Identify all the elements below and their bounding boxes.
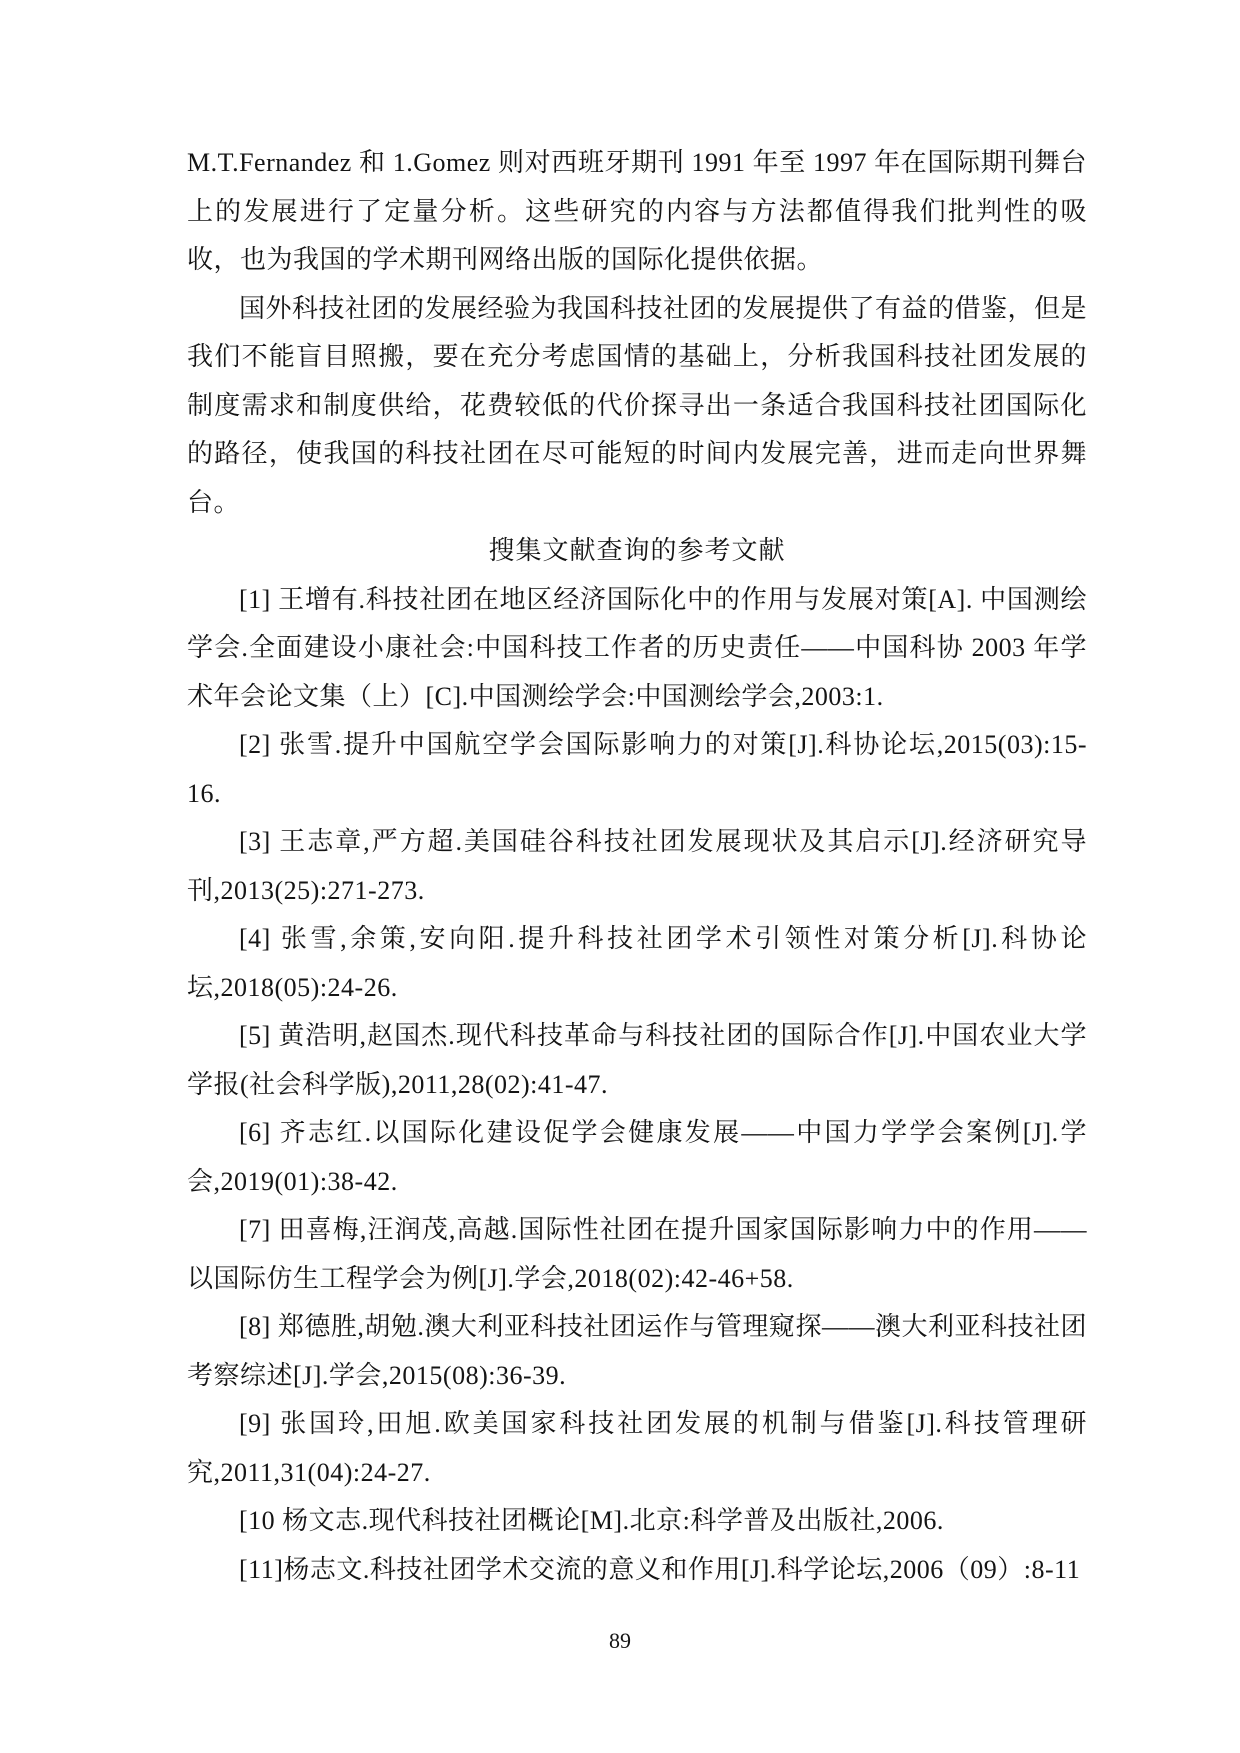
paragraph: M.T.Fernandez 和 1.Gomez 则对西班牙期刊 1991 年至 …: [187, 139, 1087, 285]
page-content: M.T.Fernandez 和 1.Gomez 则对西班牙期刊 1991 年至 …: [187, 139, 1087, 1594]
paragraph: 国外科技社团的发展经验为我国科技社团的发展提供了有益的借鉴，但是我们不能盲目照搬…: [187, 285, 1087, 528]
reference-item: [6] 齐志红.以国际化建设促学会健康发展——中国力学学会案例[J].学会,20…: [187, 1109, 1087, 1206]
reference-item: [11]杨志文.科技社团学术交流的意义和作用[J].科学论坛,2006（09）:…: [187, 1546, 1087, 1595]
reference-item: [7] 田喜梅,汪润茂,高越.国际性社团在提升国家国际影响力中的作用——以国际仿…: [187, 1206, 1087, 1303]
document-page: M.T.Fernandez 和 1.Gomez 则对西班牙期刊 1991 年至 …: [0, 0, 1240, 1753]
reference-item: [1] 王增有.科技社团在地区经济国际化中的作用与发展对策[A]. 中国测绘学会…: [187, 576, 1087, 722]
reference-item: [4] 张雪,余策,安向阳.提升科技社团学术引领性对策分析[J].科协论坛,20…: [187, 915, 1087, 1012]
reference-item: [5] 黄浩明,赵国杰.现代科技革命与科技社团的国际合作[J].中国农业大学学报…: [187, 1012, 1087, 1109]
reference-item: [10 杨文志.现代科技社团概论[M].北京:科学普及出版社,2006.: [187, 1497, 1087, 1546]
reference-item: [3] 王志章,严方超.美国硅谷科技社团发展现状及其启示[J].经济研究导刊,2…: [187, 818, 1087, 915]
reference-item: [9] 张国玲,田旭.欧美国家科技社团发展的机制与借鉴[J].科技管理研究,20…: [187, 1400, 1087, 1497]
reference-item: [8] 郑德胜,胡勉.澳大利亚科技社团运作与管理窥探——澳大利亚科技社团考察综述…: [187, 1303, 1087, 1400]
references-heading: 搜集文献查询的参考文献: [187, 527, 1087, 576]
reference-item: [2] 张雪.提升中国航空学会国际影响力的对策[J].科协论坛,2015(03)…: [187, 721, 1087, 818]
page-number: 89: [0, 1626, 1240, 1656]
